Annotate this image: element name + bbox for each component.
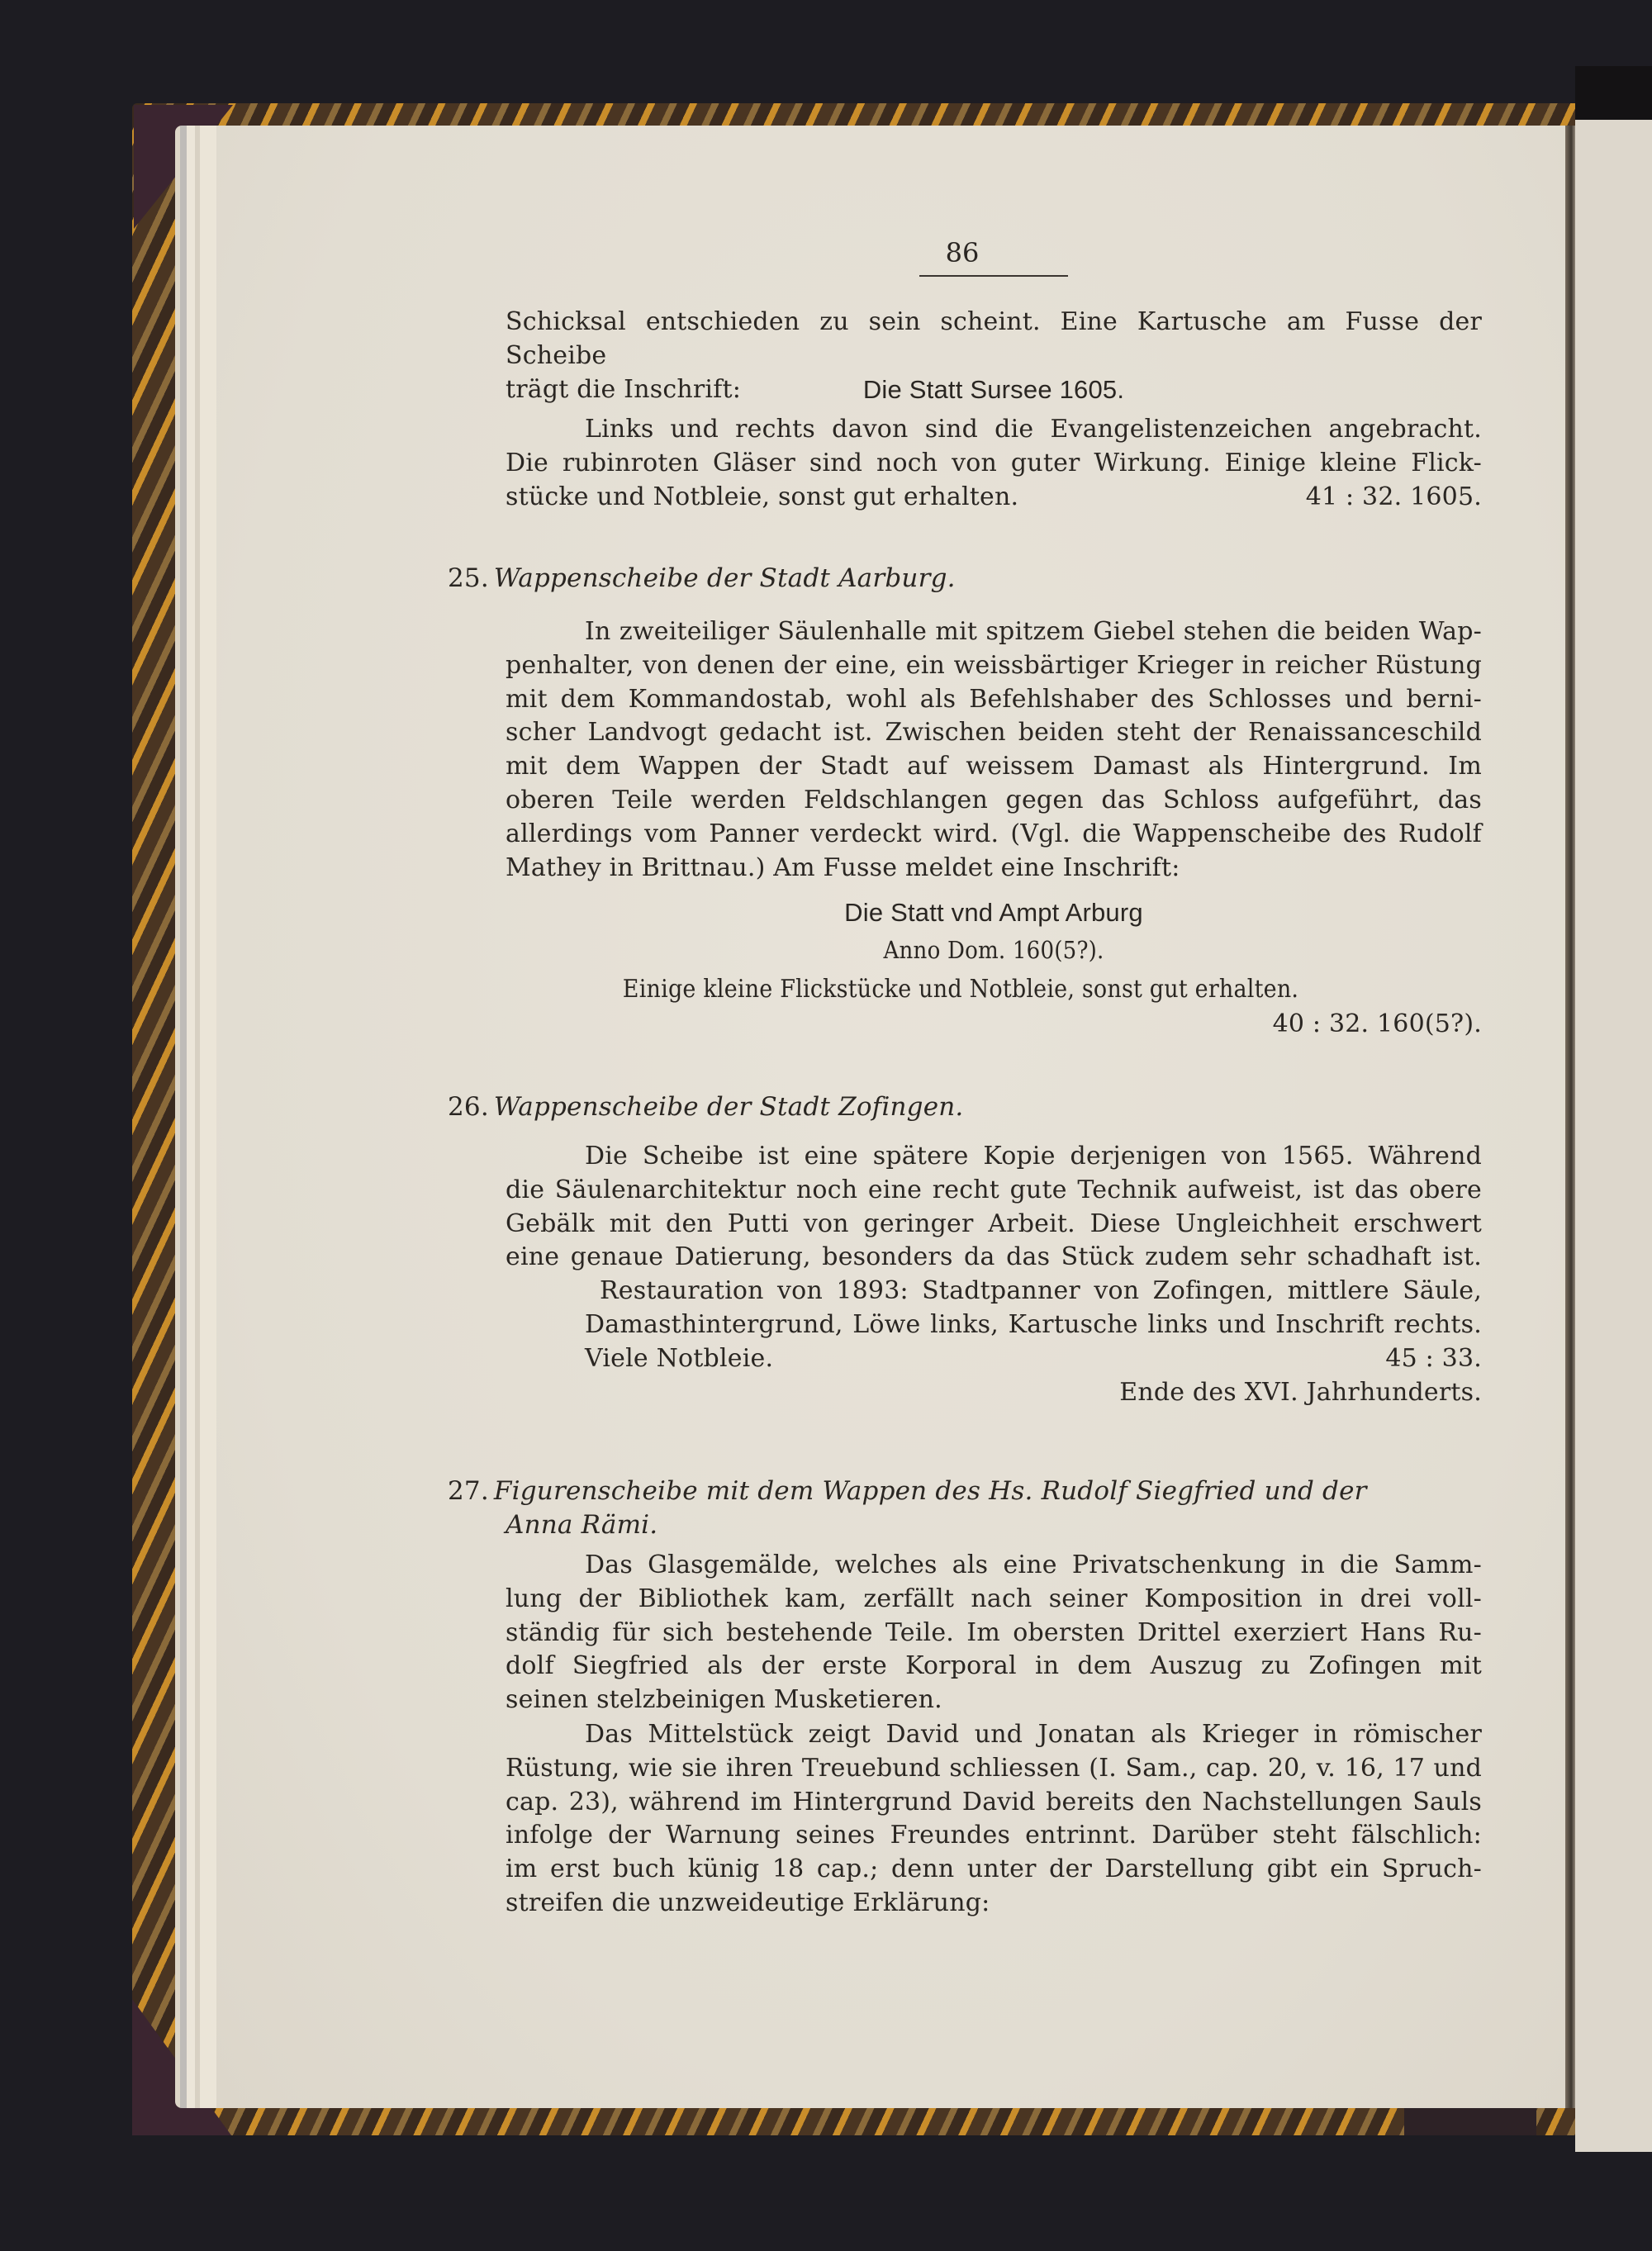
text-line: Gebälk mit den Putti von geringer Arbeit… [506, 1208, 1482, 1242]
text-line: dolf Siegfried als der erste Korporal in… [506, 1650, 1482, 1684]
text-line: im erst buch künig 18 cap.; denn unter d… [506, 1853, 1482, 1887]
text-line: Damasthintergrund, Löwe links, Kartusche… [585, 1308, 1482, 1342]
entry-heading-27: 27.Figurenscheibe mit dem Wappen des Hs.… [448, 1475, 1367, 1508]
entry-27-paragraph-2: Das Mittelstück zeigt David und Jonatan … [506, 1718, 1482, 1921]
entry-number: 25. [448, 563, 489, 593]
text-line: Schicksal entschieden zu sein scheint. E… [506, 306, 1482, 373]
facing-page-edge [1575, 120, 1652, 2152]
entry-25-condition: Einige kleine Flickstücke und Notbleie, … [472, 973, 1449, 1007]
entry-26-description: Die Scheibe ist eine spätere Kopie derje… [506, 1140, 1482, 1275]
entry-title: Wappenscheibe der Stadt Aarburg. [494, 563, 956, 593]
inscription-sursee: Die Statt Sursee 1605. [506, 373, 1482, 407]
entry-26-date: Ende des XVI. Jahrhunderts. [1119, 1376, 1482, 1410]
text-line: ständig für sich bestehende Teile. Im ob… [506, 1617, 1482, 1650]
measure: 41 : 32. 1605. [1306, 481, 1482, 515]
entry-27-paragraph-1: Das Glasgemälde, welches als eine Privat… [506, 1549, 1482, 1717]
text-line: Die rubinroten Gläser sind noch von gute… [506, 447, 1482, 481]
text-line: seinen stelzbeinigen Musketieren. [506, 1684, 1482, 1717]
text-line: Links und rechts davon sind die Evangeli… [506, 413, 1482, 447]
inscription-arburg-2: Anno Dom. 160(5?). [506, 933, 1482, 967]
text-line: allerdings vom Panner verdeckt wird. (Vg… [506, 818, 1482, 852]
entry-heading-26: 26.Wappenscheibe der Stadt Zofingen. [448, 1090, 963, 1124]
text-line: die Säulenarchitektur noch eine recht gu… [506, 1174, 1482, 1208]
text-line: Das Glasgemälde, welches als eine Privat… [506, 1549, 1482, 1583]
page-number-rule [919, 275, 1068, 277]
text-line: mit dem Wappen der Stadt auf weissem Dam… [506, 750, 1482, 784]
entry-26-restoration: Restauration von 1893: Stadtpanner von Z… [585, 1275, 1482, 1375]
measure: 45 : 33. [1385, 1342, 1482, 1376]
entry-heading-27-cont: Anna Rämi. [506, 1508, 657, 1542]
text-line: Mathey in Brittnau.) Am Fusse meldet ein… [506, 852, 1482, 886]
text-line: scher Landvogt gedacht ist. Zwischen bei… [506, 716, 1482, 750]
text-line: In zweiteiliger Säulenhalle mit spitzem … [506, 615, 1482, 649]
entry-number: 26. [448, 1092, 489, 1122]
inscription-arburg-1: Die Statt vnd Ampt Arburg [506, 896, 1482, 930]
text-line: penhalter, von denen der eine, ein weiss… [506, 649, 1482, 683]
page-gutter [1565, 126, 1575, 2108]
text-line: Restauration von 1893: Stadtpanner von Z… [585, 1275, 1482, 1308]
entry-heading-25: 25.Wappenscheibe der Stadt Aarburg. [448, 562, 956, 596]
background-strip [1575, 66, 1652, 124]
text-line: eine genaue Datierung, besonders da das … [506, 1241, 1482, 1275]
entry-number: 27. [448, 1476, 489, 1506]
text-line: Das Mittelstück zeigt David und Jonatan … [506, 1718, 1482, 1752]
text-line: infolge der Warnung seines Freundes entr… [506, 1819, 1482, 1853]
measure: 40 : 32. 160(5?). [1273, 1008, 1482, 1042]
page-number: 86 [925, 237, 999, 268]
text-line: lung der Bibliothek kam, zerfällt nach s… [506, 1583, 1482, 1617]
entry-title: Figurenscheibe mit dem Wappen des Hs. Ru… [494, 1476, 1367, 1506]
text-line: oberen Teile werden Feldschlangen gegen … [506, 784, 1482, 818]
text-line: Viele Notbleie. [585, 1342, 1482, 1376]
entry-25-description: In zweiteiliger Säulenhalle mit spitzem … [506, 615, 1482, 885]
text-line: Rüstung, wie sie ihren Treuebund schlies… [506, 1752, 1482, 1786]
text-line: Die Scheibe ist eine spätere Kopie derje… [506, 1140, 1482, 1174]
text-line: streifen die unzweideutige Erklärung: [506, 1887, 1482, 1921]
entry-title: Wappenscheibe der Stadt Zofingen. [494, 1092, 964, 1122]
text-line: cap. 23), während im Hintergrund David b… [506, 1786, 1482, 1820]
text-line: mit dem Kommandostab, wohl als Befehlsha… [506, 683, 1482, 717]
